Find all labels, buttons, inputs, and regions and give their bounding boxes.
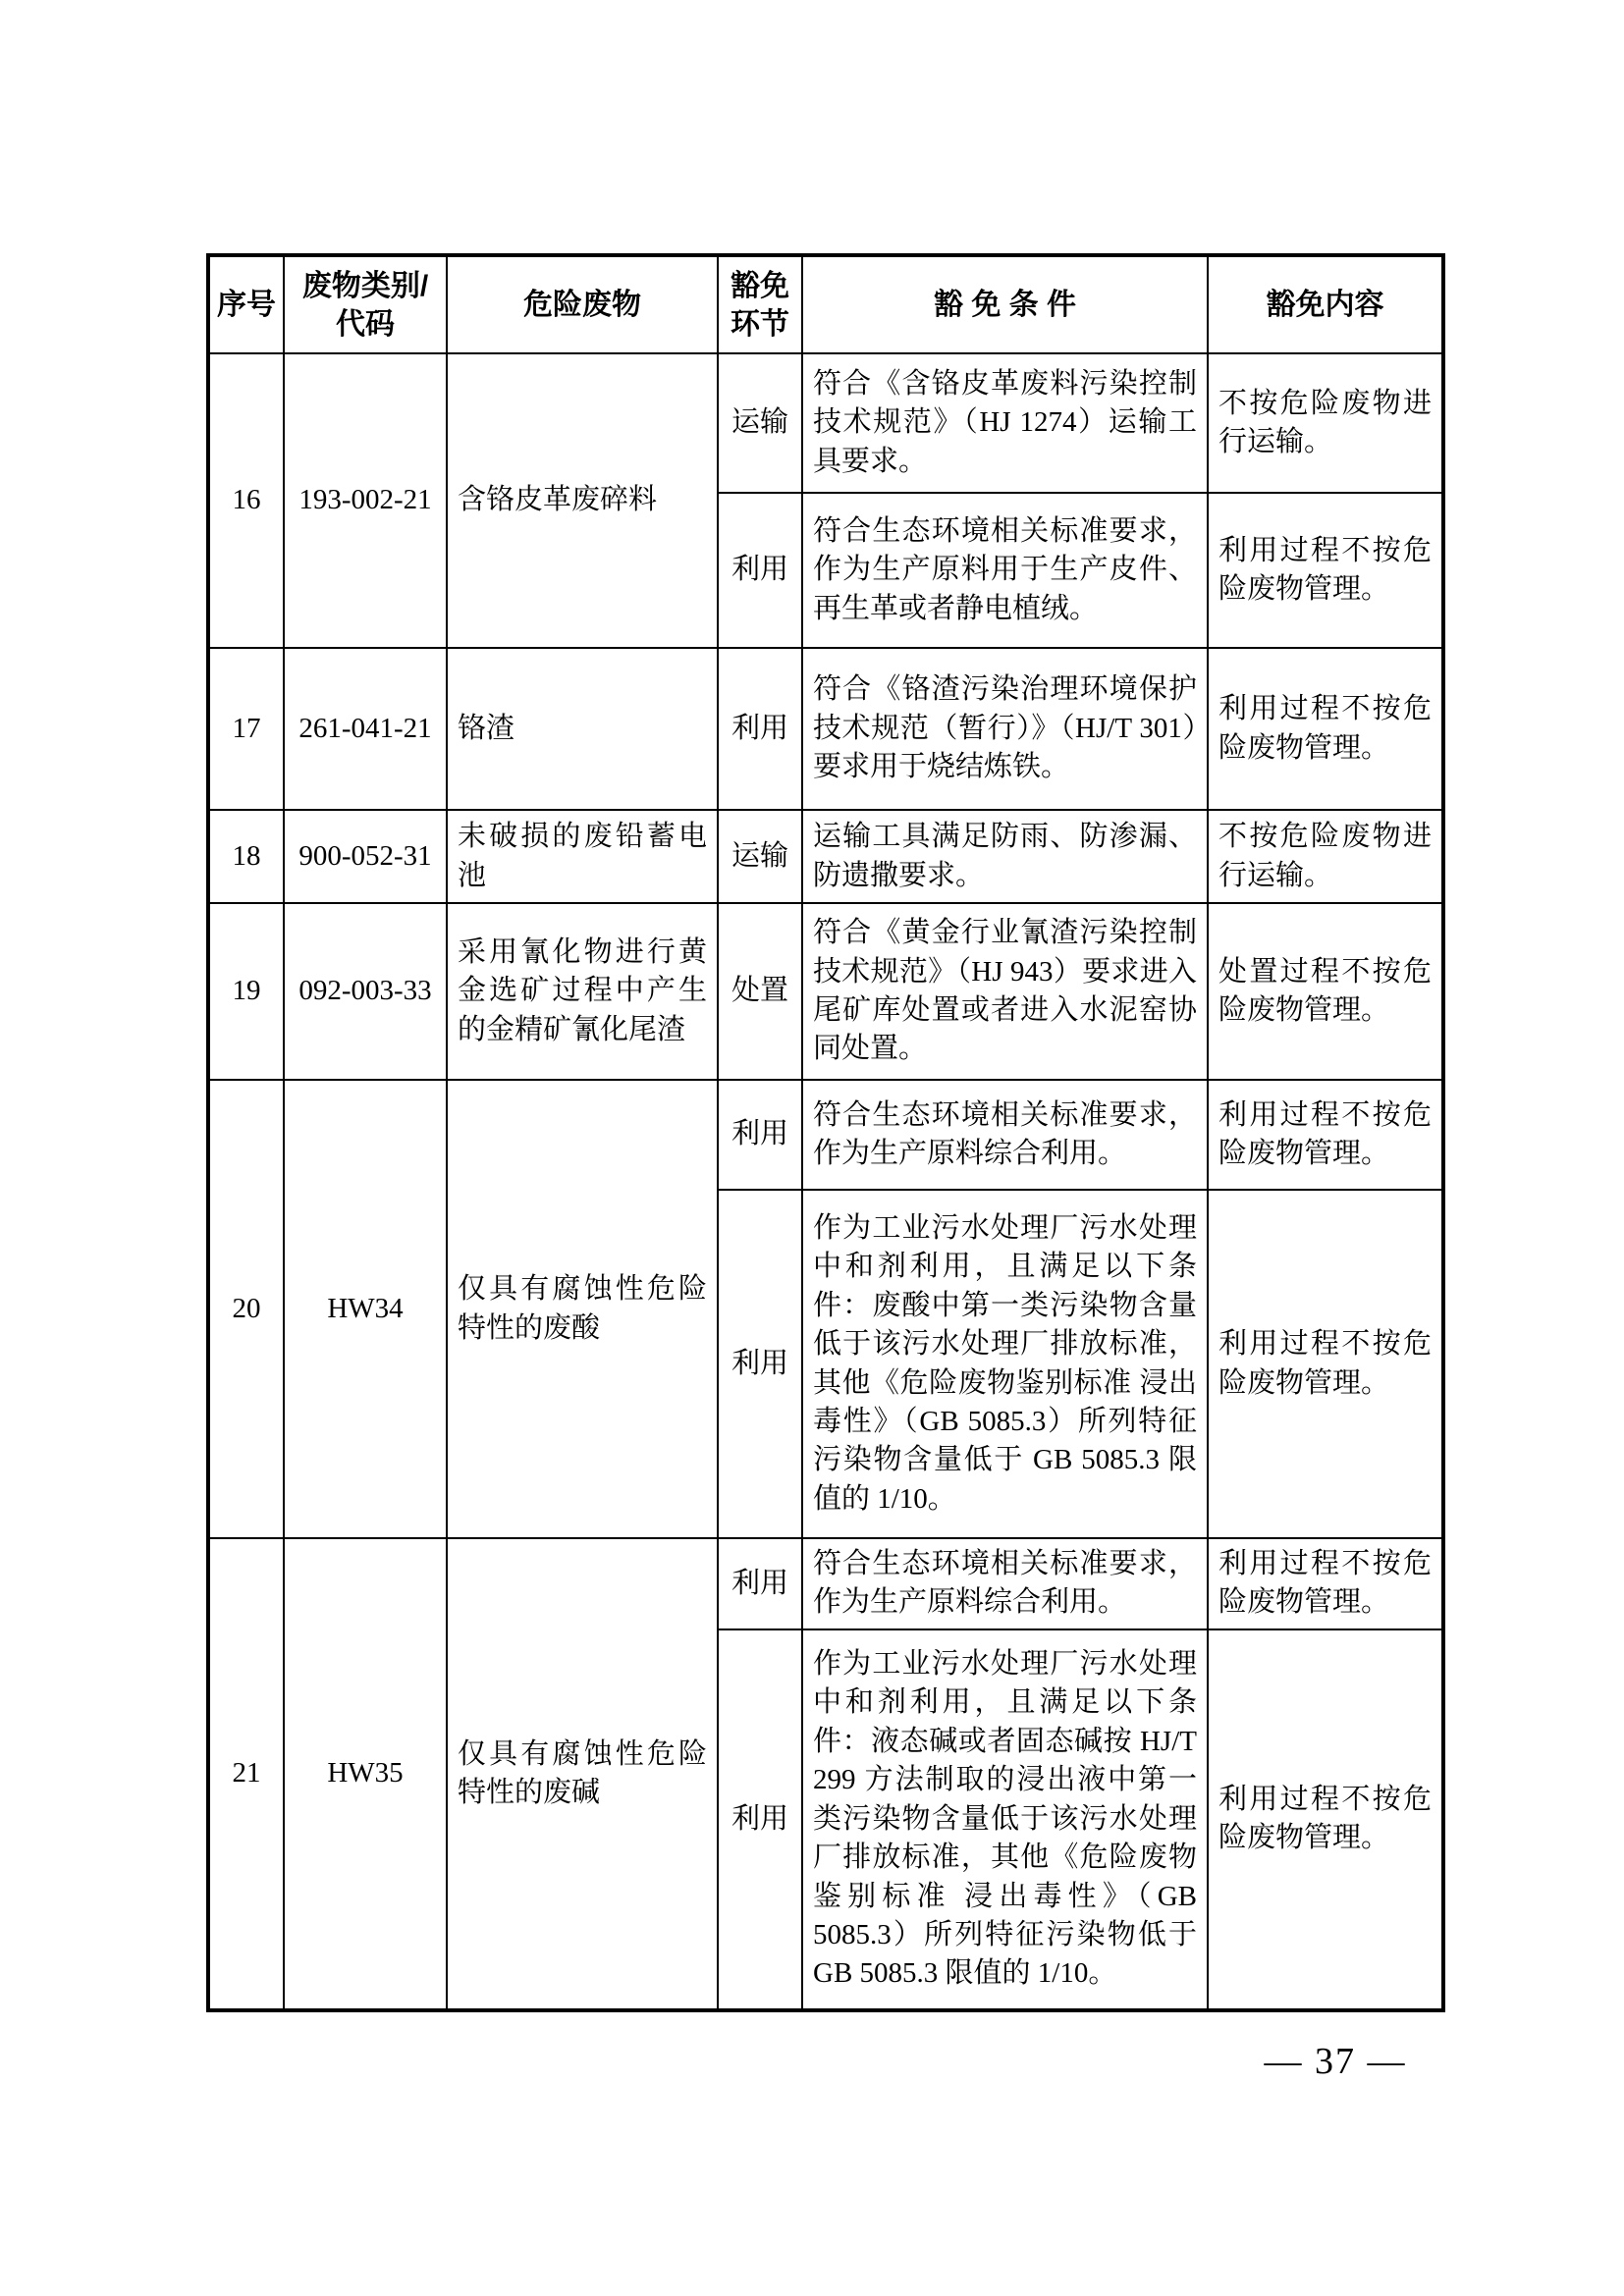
column-header-stage: 豁免 环节 — [718, 255, 802, 353]
exemption-table: 序号 废物类别/ 代码 危险废物 豁免 环节 豁 免 条 件 豁免内容 16 1… — [206, 253, 1445, 2012]
row-17-waste: 铬渣 — [447, 648, 718, 810]
row-20-entry-1-condition: 作为工业污水处理厂污水处理中和剂利用，且满足以下条件：废酸中第一类污染物含量低于… — [802, 1190, 1208, 1538]
row-16-code: 193-002-21 — [284, 353, 447, 648]
column-header-waste: 危险废物 — [447, 255, 718, 353]
table-row: 18 900-052-31 未破损的废铅蓄电池 运输 运输工具满足防雨、防渗漏、… — [208, 810, 1443, 903]
row-20-code: HW34 — [284, 1080, 447, 1538]
row-16-entry-1-content: 利用过程不按危险废物管理。 — [1208, 493, 1443, 648]
table-row: 20 HW34 仅具有腐蚀性危险特性的废酸 利用 符合生态环境相关标准要求，作为… — [208, 1080, 1443, 1190]
row-17-code: 261-041-21 — [284, 648, 447, 810]
row-21-entry-0-stage: 利用 — [718, 1538, 802, 1629]
row-17-entry-0-content: 利用过程不按危险废物管理。 — [1208, 648, 1443, 810]
row-16-entry-0-stage: 运输 — [718, 353, 802, 493]
row-18-waste: 未破损的废铅蓄电池 — [447, 810, 718, 903]
document-page: 序号 废物类别/ 代码 危险废物 豁免 环节 豁 免 条 件 豁免内容 16 1… — [0, 0, 1624, 2296]
row-20-entry-1-content: 利用过程不按危险废物管理。 — [1208, 1190, 1443, 1538]
row-19-waste: 采用氰化物进行黄金选矿过程中产生的金精矿氰化尾渣 — [447, 903, 718, 1080]
column-header-condition: 豁 免 条 件 — [802, 255, 1208, 353]
row-16-no: 16 — [208, 353, 284, 648]
table-row: 19 092-003-33 采用氰化物进行黄金选矿过程中产生的金精矿氰化尾渣 处… — [208, 903, 1443, 1080]
row-19-entry-0-stage: 处置 — [718, 903, 802, 1080]
row-21-entry-0-condition: 符合生态环境相关标准要求，作为生产原料综合利用。 — [802, 1538, 1208, 1629]
page-number: — 37 — — [1188, 2040, 1483, 2083]
row-21-code: HW35 — [284, 1538, 447, 2010]
column-header-no: 序号 — [208, 255, 284, 353]
row-20-waste: 仅具有腐蚀性危险特性的废酸 — [447, 1080, 718, 1538]
header-row: 序号 废物类别/ 代码 危险废物 豁免 环节 豁 免 条 件 豁免内容 — [208, 255, 1443, 353]
row-17-entry-0-stage: 利用 — [718, 648, 802, 810]
row-19-code: 092-003-33 — [284, 903, 447, 1080]
row-16-entry-1-stage: 利用 — [718, 493, 802, 648]
row-21-waste: 仅具有腐蚀性危险特性的废碱 — [447, 1538, 718, 2010]
row-18-no: 18 — [208, 810, 284, 903]
row-16-entry-0-content: 不按危险废物进行运输。 — [1208, 353, 1443, 493]
row-16-waste: 含铬皮革废碎料 — [447, 353, 718, 648]
row-19-entry-0-condition: 符合《黄金行业氰渣污染控制技术规范》（HJ 943）要求进入尾矿库处置或者进入水… — [802, 903, 1208, 1080]
row-20-entry-0-condition: 符合生态环境相关标准要求，作为生产原料综合利用。 — [802, 1080, 1208, 1190]
row-21-entry-0-content: 利用过程不按危险废物管理。 — [1208, 1538, 1443, 1629]
row-18-code: 900-052-31 — [284, 810, 447, 903]
row-17-entry-0-condition: 符合《铬渣污染治理环境保护技术规范（暂行）》（HJ/T 301）要求用于烧结炼铁… — [802, 648, 1208, 810]
row-18-entry-0-content: 不按危险废物进行运输。 — [1208, 810, 1443, 903]
row-19-no: 19 — [208, 903, 284, 1080]
row-18-entry-0-stage: 运输 — [718, 810, 802, 903]
row-21-entry-1-stage: 利用 — [718, 1629, 802, 2010]
row-20-entry-1-stage: 利用 — [718, 1190, 802, 1538]
row-19-entry-0-content: 处置过程不按危险废物管理。 — [1208, 903, 1443, 1080]
row-16-entry-1-condition: 符合生态环境相关标准要求，作为生产原料用于生产皮件、再生革或者静电植绒。 — [802, 493, 1208, 648]
row-21-no: 21 — [208, 1538, 284, 2010]
row-18-entry-0-condition: 运输工具满足防雨、防渗漏、防遗撒要求。 — [802, 810, 1208, 903]
row-20-no: 20 — [208, 1080, 284, 1538]
row-20-entry-0-content: 利用过程不按危险废物管理。 — [1208, 1080, 1443, 1190]
row-21-entry-1-content: 利用过程不按危险废物管理。 — [1208, 1629, 1443, 2010]
table-row: 17 261-041-21 铬渣 利用 符合《铬渣污染治理环境保护技术规范（暂行… — [208, 648, 1443, 810]
row-16-entry-0-condition: 符合《含铬皮革废料污染控制技术规范》（HJ 1274）运输工具要求。 — [802, 353, 1208, 493]
row-20-entry-0-stage: 利用 — [718, 1080, 802, 1190]
column-header-content: 豁免内容 — [1208, 255, 1443, 353]
table-row: 16 193-002-21 含铬皮革废碎料 运输 符合《含铬皮革废料污染控制技术… — [208, 353, 1443, 493]
column-header-code: 废物类别/ 代码 — [284, 255, 447, 353]
table-row: 21 HW35 仅具有腐蚀性危险特性的废碱 利用 符合生态环境相关标准要求，作为… — [208, 1538, 1443, 1629]
row-17-no: 17 — [208, 648, 284, 810]
row-21-entry-1-condition: 作为工业污水处理厂污水处理中和剂利用，且满足以下条件：液态碱或者固态碱按 HJ/… — [802, 1629, 1208, 2010]
